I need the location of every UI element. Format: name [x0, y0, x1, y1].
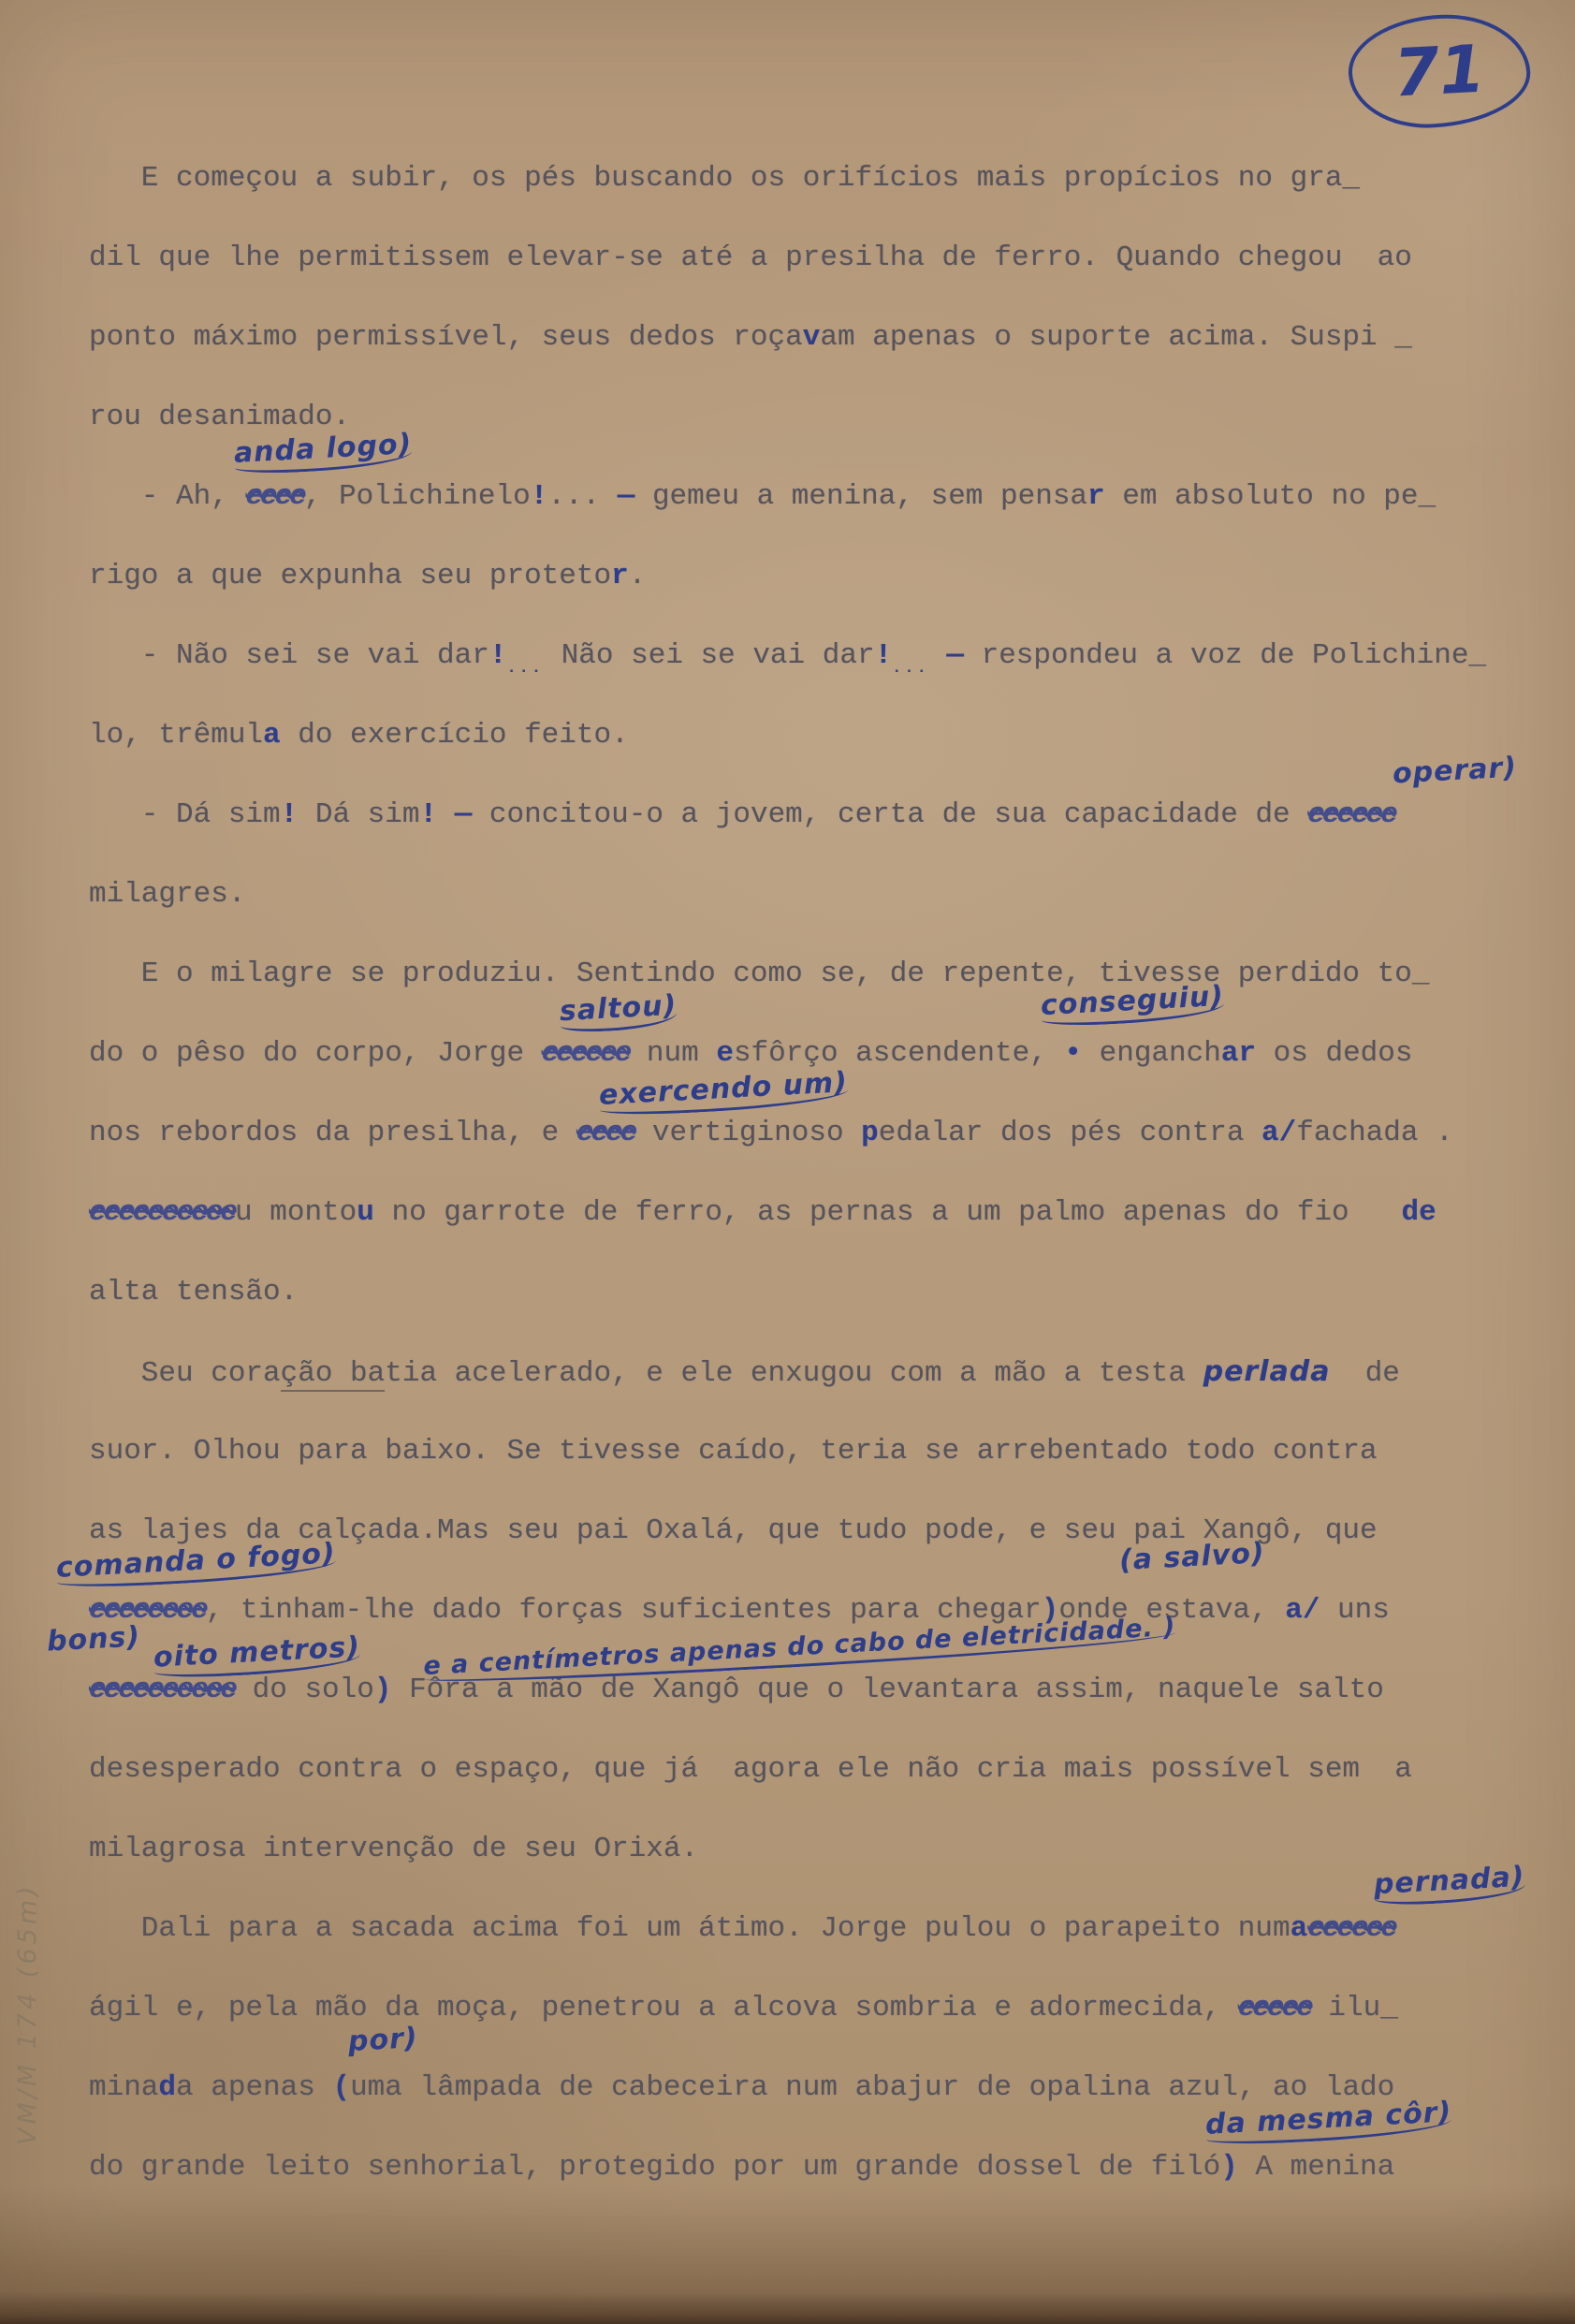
typed-text: Dali para a sacada acima foi um átimo. J…	[89, 1912, 1291, 1945]
ink-correction: !	[419, 798, 437, 831]
typed-text: respondeu a voz de Polichine_	[964, 639, 1486, 672]
typed-line: - Dá sim! Dá sim! — concitou-o a jovem, …	[89, 775, 1556, 855]
typed-text: , Polichinelo	[304, 480, 531, 513]
typed-text: E o milagre se produziu. Sentindo como s…	[89, 957, 1429, 990]
typed-text: mina	[89, 2071, 158, 2104]
typed-text: uns	[1320, 1594, 1389, 1627]
ink-correction: !	[875, 639, 893, 672]
typed-text-underlined: ção ba	[281, 1357, 386, 1392]
typed-text: ponto máximo permissível, seus dedos roç…	[89, 321, 803, 354]
typed-text: , tinham-lhe dado forças suficientes par…	[206, 1594, 1042, 1627]
typed-text: Dá sim	[298, 798, 419, 831]
paper-bottom-edge	[0, 2292, 1575, 2324]
typed-line: alta tensão.	[89, 1252, 1556, 1332]
typed-text: rigo a que expunha seu proteto	[89, 560, 611, 592]
ink-correction: d	[158, 2071, 176, 2104]
typed-text: - Ah,	[89, 480, 245, 513]
manuscript-page: 71 E começou a subir, os pés buscando os…	[0, 0, 1575, 2324]
typed-text: E começou a subir, os pés buscando os or…	[89, 162, 1360, 195]
typed-text: a apenas	[176, 2071, 332, 2104]
typed-text: ilu_	[1311, 1992, 1398, 2024]
margin-note: VM/M 174 (65m)	[13, 1882, 42, 2145]
typed-text: de	[1330, 1357, 1399, 1390]
ink-correction: )	[1220, 2151, 1238, 2184]
typed-text: gemeu a menina, sem pensa	[634, 480, 1087, 513]
typed-text: A menina	[1238, 2151, 1394, 2184]
typed-text: lo, trêmul	[89, 719, 263, 752]
ink-correction: —	[946, 639, 964, 672]
struck-out-text: eeeeee	[1307, 1912, 1395, 1945]
page-number-circle: 71	[1346, 10, 1533, 132]
struck-out-text: eeeee	[1238, 1992, 1311, 2024]
typed-text: no garrote de ferro, as pernas a um palm…	[374, 1196, 1402, 1229]
typed-text: concitou-o a jovem, certa de sua capacid…	[472, 798, 1307, 831]
typed-text: Não sei se vai dar	[544, 639, 874, 672]
struck-out-text: eeeeeeeeee	[89, 1196, 235, 1229]
ink-dots: ...	[892, 660, 929, 678]
typed-text: num	[629, 1037, 716, 1070]
ink-correction: e	[716, 1037, 734, 1070]
typed-text: os dedos	[1256, 1037, 1412, 1070]
typed-line: ágil e, pela mão da moça, penetrou a alc…	[89, 1968, 1556, 2048]
typed-text: vertiginoso	[634, 1117, 861, 1149]
struck-out-text: eeeeee	[1307, 798, 1395, 831]
ink-correction: )	[374, 1674, 392, 1706]
ink-correction: de	[1401, 1196, 1436, 1229]
ink-correction: p	[861, 1117, 879, 1149]
ink-dots: ...	[506, 660, 544, 678]
typed-text: desesperado contra o espaço, que já agor…	[89, 1753, 1412, 1786]
ink-correction: —	[455, 798, 473, 831]
typed-text: Seu cora	[89, 1357, 281, 1390]
typed-text: sfôrço ascendente,	[734, 1037, 1064, 1070]
typed-line: - Não sei se vai dar!... Não sei se vai …	[89, 616, 1556, 695]
ink-correction: v	[803, 321, 821, 354]
typed-text: enganch	[1082, 1037, 1221, 1070]
ink-correction: a	[1291, 1912, 1308, 1945]
typed-text: dil que lhe permitissem elevar-se até a …	[89, 241, 1412, 274]
typed-text: .	[629, 560, 647, 592]
typed-line: lo, trêmula do exercício feito.	[89, 695, 1556, 775]
page-number: 71	[1392, 31, 1487, 112]
typed-line: ponto máximo permissível, seus dedos roç…	[89, 298, 1556, 377]
typed-line: nos rebordos da presilha, e eeee vertigi…	[89, 1093, 1556, 1173]
ink-correction: •	[1064, 1037, 1082, 1070]
typed-line: desesperado contra o espaço, que já agor…	[89, 1730, 1556, 1809]
ink-correction: a/	[1261, 1117, 1296, 1149]
typed-text: tia acelerado, e ele enxugou com a mão a…	[385, 1357, 1203, 1390]
ink-correction: !	[531, 480, 548, 513]
handwritten-annotation: por)	[347, 2022, 418, 2058]
handwritten-word: perlada	[1203, 1355, 1331, 1388]
typed-text: em absoluto no pe_	[1105, 480, 1436, 513]
typed-text: do solo	[235, 1674, 374, 1706]
ink-correction: ar	[1221, 1037, 1256, 1070]
typed-line: Dali para a sacada acima foi um átimo. J…	[89, 1889, 1556, 1968]
typed-text: nos rebordos da presilha, e	[89, 1117, 576, 1149]
ink-correction: u	[357, 1196, 374, 1229]
struck-out-text: eeee	[245, 480, 303, 513]
typed-text: alta tensão.	[89, 1276, 298, 1308]
typed-text: u monto	[235, 1196, 357, 1229]
typed-text: uma lâmpada de cabeceira num abajur de o…	[350, 2071, 1394, 2104]
typed-line: rigo a que expunha seu protetor.	[89, 536, 1556, 616]
typed-line: milagres.	[89, 855, 1556, 934]
ink-correction: a/	[1285, 1594, 1320, 1627]
typed-text: do exercício feito.	[281, 719, 629, 752]
typed-text: rou desanimado.	[89, 401, 350, 433]
typed-text: ágil e, pela mão da moça, penetrou a alc…	[89, 1992, 1238, 2024]
typed-text	[929, 639, 947, 672]
struck-out-text: eeeeee	[542, 1037, 630, 1070]
handwritten-annotation: operar)	[1392, 752, 1518, 791]
ink-correction: r	[611, 560, 629, 592]
typed-line: suor. Olhou para baixo. Se tivesse caído…	[89, 1411, 1556, 1491]
typed-text: milagrosa intervenção de seu Orixá.	[89, 1833, 698, 1865]
typed-text: fachada .	[1296, 1117, 1452, 1149]
ink-correction: !	[489, 639, 507, 672]
typed-text: do o pêso do corpo, Jorge	[89, 1037, 542, 1070]
typed-text: do grande leito senhorial, protegido por…	[89, 2151, 1220, 2184]
typed-text: - Não sei se vai dar	[89, 639, 489, 672]
typed-line: eeeeeeeeeeu montou no garrote de ferro, …	[89, 1173, 1556, 1252]
typed-text: milagres.	[89, 878, 245, 911]
typed-line: milagrosa intervenção de seu Orixá.	[89, 1809, 1556, 1889]
typed-text: edalar dos pés contra	[879, 1117, 1261, 1149]
ink-correction: !	[281, 798, 299, 831]
struck-out-text: eeeeeeeeee	[89, 1674, 235, 1706]
ink-correction: —	[618, 480, 635, 513]
ink-correction: a	[263, 719, 281, 752]
typed-text: - Dá sim	[89, 798, 281, 831]
struck-out-text: eeee	[576, 1117, 634, 1149]
typed-line: dil que lhe permitissem elevar-se até a …	[89, 218, 1556, 298]
typed-line: Seu coração batia acelerado, e ele enxug…	[89, 1332, 1556, 1411]
typed-line: E começou a subir, os pés buscando os or…	[89, 139, 1556, 218]
ink-correction: (	[332, 2071, 350, 2104]
typed-line: E o milagre se produziu. Sentindo como s…	[89, 934, 1556, 1014]
typed-text: ...	[547, 480, 617, 513]
typed-text: suor. Olhou para baixo. Se tivesse caído…	[89, 1435, 1378, 1468]
typed-text	[437, 798, 455, 831]
ink-correction: r	[1087, 480, 1105, 513]
typed-text: am apenas o suporte acima. Suspi _	[820, 321, 1412, 354]
handwritten-annotation: bons)	[46, 1620, 141, 1658]
